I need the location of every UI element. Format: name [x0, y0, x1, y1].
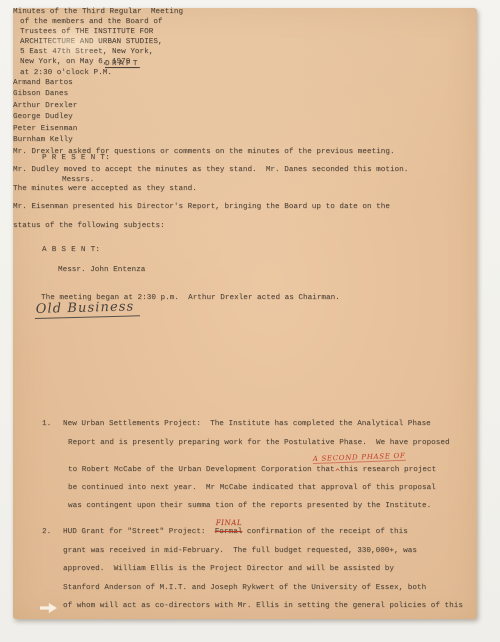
title-line: 5 East 47th Street, New York,: [13, 48, 477, 58]
item1-number: 1.: [42, 420, 51, 429]
draft-stamp: DRAFT: [105, 60, 140, 69]
white-arrow-mark: [40, 603, 57, 613]
attendee-name: Armand Bartos: [13, 79, 477, 91]
body-line: status of the following subjects:: [13, 222, 477, 241]
item1-line: New Urban Settlements Project: The Insti…: [63, 420, 431, 429]
present-prefix: Messrs.: [62, 176, 94, 185]
item1-line: was contingent upon their summa tion of …: [68, 502, 431, 511]
handwritten-old-business-note: Old Business: [35, 299, 140, 319]
title-line: ARCHITECTURE AND URBAN STUDIES,: [13, 38, 477, 48]
absent-heading: A B S E N T:: [42, 246, 100, 255]
title-line: at 2:30 o'clock P.M.: [13, 69, 477, 79]
title-line: New York, on May 6, 1970: [13, 58, 477, 68]
item2-line: grant was received in mid-February. The …: [63, 547, 417, 556]
insertion-caret-mark: ^: [335, 468, 340, 477]
title-line: Minutes of the Third Regular Meeting: [13, 8, 477, 18]
item2-number: 2.: [42, 528, 51, 537]
absent-name: Messr. John Entenza: [58, 266, 145, 275]
item2-line: of whom will act as co-directors with Mr…: [63, 602, 463, 611]
item1-line-with-insertion: to Robert McCabe of the Urban Developmen…: [68, 465, 436, 475]
struck-word: Formal: [215, 528, 243, 536]
item1-line: be continued into next year. Mr McCabe i…: [68, 484, 436, 493]
body-line: Mr. Eisenman presented his Director's Re…: [13, 203, 477, 222]
item2-line: Stanford Anderson of M.I.T. and Joseph R…: [63, 584, 426, 593]
struck-word-wrap: FormalFINAL: [215, 528, 243, 537]
item1-line3-before: to Robert McCabe of the Urban Developmen…: [68, 466, 335, 474]
item2-line1-after: confirmation of the receipt of this: [242, 528, 408, 536]
item2-line-with-correction: HUD Grant for "Street" Project: FormalFI…: [63, 528, 408, 537]
attendee-name: Arthur Drexler: [13, 102, 477, 114]
body-line: The minutes were accepted as they stand.: [13, 185, 477, 204]
present-heading: P R E S E N T:: [42, 154, 110, 163]
attendee-name: George Dudley: [13, 113, 477, 125]
present-names-list: Armand Bartos Gibson Danes Arthur Drexle…: [13, 79, 477, 148]
attendee-name: Burnham Kelly: [13, 136, 477, 148]
item1-line3-after: this research project: [340, 466, 437, 474]
item1-line: Report and is presently preparing work f…: [68, 439, 450, 448]
item2-line: approved. William Ellis is the Project D…: [63, 565, 394, 574]
title-line: of the members and the Board of: [13, 18, 477, 28]
attendee-name: Peter Eisenman: [13, 125, 477, 137]
meeting-title-block: Minutes of the Third Regular Meeting of …: [13, 8, 477, 79]
attendee-name: Gibson Danes: [13, 90, 477, 102]
item2-line1-before: HUD Grant for "Street" Project:: [63, 528, 215, 536]
document-page: DRAFT Minutes of the Third Regular Meeti…: [13, 8, 477, 619]
directors-report-intro: Mr. Eisenman presented his Director's Re…: [13, 203, 477, 240]
handwritten-insert-note: A SECOND PHASE OF: [313, 452, 406, 464]
title-line: Trustees of THE INSTITUTE FOR: [13, 28, 477, 38]
handwritten-correction: FINAL: [216, 520, 242, 527]
